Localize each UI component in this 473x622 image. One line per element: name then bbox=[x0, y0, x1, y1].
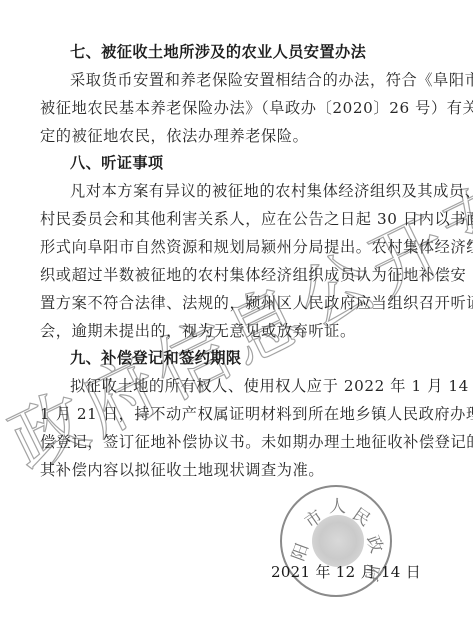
section-8-line: 凡对本方案有异议的被征地的农村集体经济组织及其成员、 bbox=[70, 181, 456, 201]
section-8-line: 形式向阜阳市自然资源和规划局颍州分局提出。农村集体经济组 bbox=[40, 237, 456, 257]
section-9-line: 1 月 21 日，持不动产权属证明材料到所在地乡镇人民政府办理补 bbox=[40, 404, 456, 424]
document-date: 2021 年 12 月 14 日 bbox=[271, 561, 421, 582]
section-9-heading: 九、补偿登记和签约期限 bbox=[70, 348, 456, 368]
section-7-heading: 七、被征收土地所涉及的农业人员安置办法 bbox=[70, 42, 456, 62]
section-7-line: 被征地农民基本养老保险办法》（阜政办〔2020〕26 号）有关规 bbox=[40, 98, 456, 118]
section-9-line: 拟征收土地的所有权人、使用权人应于 2022 年 1 月 14 日至 bbox=[70, 376, 456, 396]
section-8-line: 织或超过半数被征地的农村集体经济组织成员认为征地补偿安 bbox=[40, 265, 456, 285]
section-7-line: 定的被征地农民，依法办理养老保险。 bbox=[40, 126, 456, 146]
section-8-line: 村民委员会和其他利害关系人，应在公告之日起 30 日内以书面 bbox=[40, 209, 456, 229]
seal-char: 政 bbox=[362, 531, 391, 556]
section-9-line: 偿登记，签订征地补偿协议书。未如期办理土地征收补偿登记的， bbox=[40, 432, 456, 452]
section-8-line: 会，逾期未提出的，视为无意见或放弃听证。 bbox=[40, 321, 456, 341]
seal-char: 人 bbox=[329, 492, 346, 517]
section-8-heading: 八、听证事项 bbox=[70, 153, 456, 173]
document-page: 政府信息公开专用 七、被征收土地所涉及的农业人员安置办法 采取货币安置和养老保险… bbox=[0, 0, 473, 622]
section-8-line: 置方案不符合法律、法规的，颍州区人民政府应当组织召开听证 bbox=[40, 293, 456, 313]
section-7-line: 采取货币安置和养老保险安置相结合的办法，符合《阜阳市 bbox=[70, 70, 456, 90]
section-9-line: 其补偿内容以拟征收土地现状调查为准。 bbox=[40, 460, 456, 480]
